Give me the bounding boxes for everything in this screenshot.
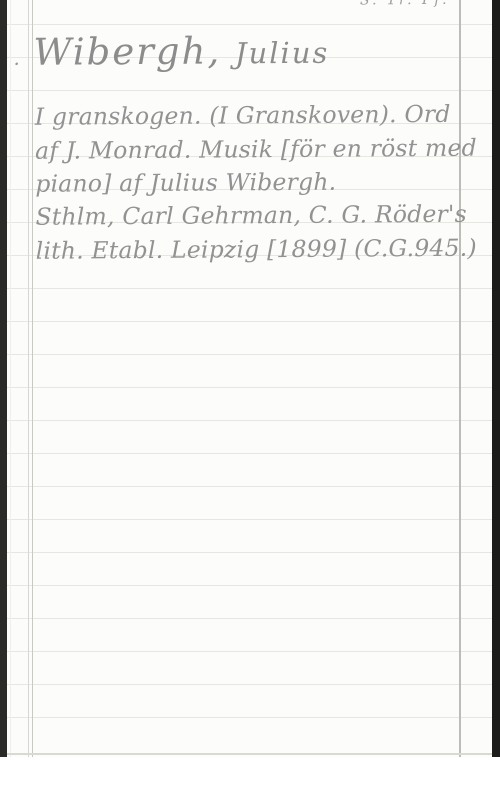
entry-line-imprint-2: lith. Etabl. Leipzig [1899] (C.G.945.) — [36, 234, 477, 266]
entry-heading: Wibergh, Julius — [33, 31, 329, 74]
right-scan-edge — [492, 0, 500, 757]
card-bottom-edge — [7, 753, 492, 755]
entry-line-title: I granskogen. (I Granskoven). Ord — [35, 100, 451, 132]
shelfmark: S. 1r. Pf. — [360, 0, 450, 8]
handwritten-text-layer: S. 1r. Pf. . Wibergh, Julius I granskoge… — [0, 0, 500, 757]
heading-surname: Wibergh, — [33, 29, 221, 73]
entry-line-imprint-1: Sthlm, Carl Gehrman, C. G. Röder's — [35, 200, 467, 232]
entry-line-credits-1: af J. Monrad. Musik [för en röst med — [35, 134, 477, 166]
margin-dot: . — [13, 46, 20, 70]
heading-given-name: Julius — [235, 36, 330, 71]
scanned-catalog-card-page: S. 1r. Pf. . Wibergh, Julius I granskoge… — [0, 0, 500, 800]
catalog-card: S. 1r. Pf. . Wibergh, Julius I granskoge… — [0, 0, 500, 757]
entry-line-credits-2: piano] af Julius Wibergh. — [35, 168, 336, 199]
left-scan-edge — [0, 0, 7, 757]
